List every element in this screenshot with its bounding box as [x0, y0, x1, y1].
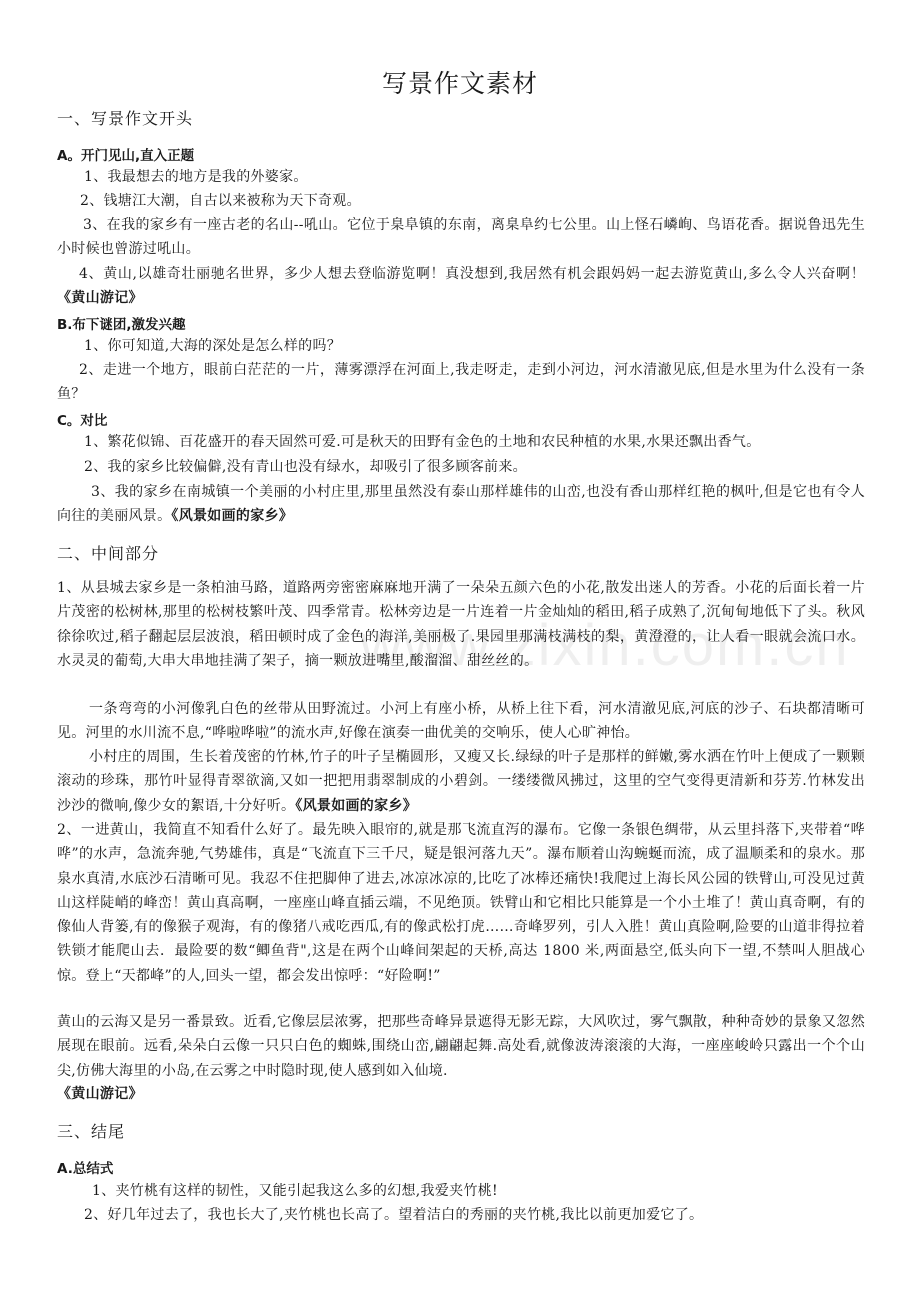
list-item: 1、繁花似锦、百花盛开的春天固然可爱.可是秋天的田野有金色的土地和农民种植的水果… — [84, 431, 761, 451]
subsection-heading-summary: A.总结式 — [57, 1157, 113, 1177]
paragraph: 2、一进黄山，我简直不知看什么好了。最先映入眼帘的,就是那飞流直泻的瀑布。它像一… — [57, 818, 865, 988]
paragraph: 黄山的云海又是另一番景致。近看,它像层层浓雾，把那些奇峰异景遮得无影无踪，大风吹… — [57, 1010, 865, 1083]
document-title: 写景作文素材 — [0, 64, 920, 100]
section-heading-opening: 一、写景作文开头 — [57, 106, 193, 129]
paragraph: 一条弯弯的小河像乳白色的丝带从田野流过。小河上有座小桥，从桥上往下看，河水清澈见… — [57, 697, 865, 746]
list-item: 2、好几年过去了，我也长大了,夹竹桃也长高了。望着洁白的秀丽的夹竹桃,我比以前更… — [84, 1204, 703, 1224]
document-page: www.zixin.com.cn 写景作文素材 一、写景作文开头 A。开门见山,… — [0, 0, 920, 1302]
list-item: 2、走进一个地方，眼前白茫茫的一片，薄雾漂浮在河面上,我走呀走，走到小河边，河水… — [57, 358, 865, 407]
subsection-heading-contrast: C。对比 — [57, 409, 107, 429]
list-item: 3、在我的家乡有一座古老的名山--吼山。它位于臬阜镇的东南，离臬阜约七公里。山上… — [57, 213, 865, 262]
list-item: 4、黄山,以雄奇壮丽驰名世界，多少人想去登临游览啊！真没想到,我居然有机会跟妈妈… — [57, 262, 865, 311]
section-heading-middle: 二、中间部分 — [57, 541, 159, 564]
list-item: 3、我的家乡在南城镇一个美丽的小村庄里,那里虽然没有泰山那样雄伟的山峦,也没有香… — [57, 480, 865, 529]
subsection-heading-direct: A。开门见山,直入正题 — [57, 144, 194, 164]
subsection-heading-mystery: B.布下谜团,激发兴趣 — [57, 313, 186, 333]
list-item: 1、你可知道,大海的深处是怎么样的吗？ — [84, 335, 341, 355]
source-citation: 《黄山游记》 — [57, 290, 143, 306]
section-heading-ending: 三、结尾 — [57, 1119, 125, 1142]
list-item: 2、我的家乡比较偏僻,没有青山也没有绿水，却吸引了很多顾客前来。 — [84, 456, 527, 476]
source-citation: 《风景如画的家乡》 — [295, 798, 417, 814]
list-item: 2、钱塘江大潮，自古以来被称为天下奇观。 — [80, 190, 361, 210]
list-item: 1、我最想去的地方是我的外婆家。 — [84, 166, 308, 186]
source-citation: 《黄山游记》 — [57, 1082, 865, 1106]
list-item: 1、夹竹桃有这样的韧性，又能引起我这么多的幻想,我爱夹竹桃! — [92, 1180, 498, 1200]
paragraph: 小村庄的周围，生长着茂密的竹林,竹子的叶子呈椭圆形，又瘦又长.绿绿的叶子是那样的… — [57, 745, 865, 818]
paragraph: 1、从县城去家乡是一条柏油马路，道路两旁密密麻麻地开满了一朵朵五颜六色的小花,散… — [57, 576, 865, 673]
source-citation: 《风景如画的家乡》 — [171, 508, 293, 524]
